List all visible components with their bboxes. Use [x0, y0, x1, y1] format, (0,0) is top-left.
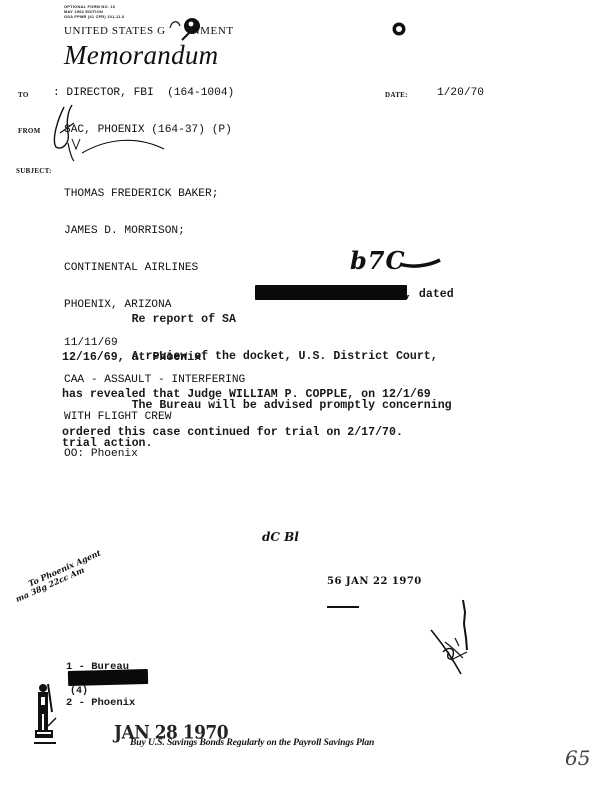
subject-label: SUBJECT:	[16, 167, 52, 175]
to-value: : DIRECTOR, FBI (164-1004)	[53, 87, 234, 99]
handwritten-initials-mid: dC Bl	[262, 530, 299, 544]
received-stamp: 56 JAN 22 1970	[327, 576, 422, 587]
exemption-underline-icon	[398, 252, 442, 272]
form-notice-line: GSA FPMR (41 CFR) 101-11.6	[64, 14, 124, 19]
hole-punch-icon	[390, 20, 408, 38]
redaction-bar	[255, 285, 407, 300]
handwritten-initials-icon	[46, 103, 176, 163]
handwritten-signature-icon	[415, 598, 475, 678]
distribution-line: 2 - Phoenix	[66, 697, 135, 709]
date-label: DATE:	[385, 91, 408, 99]
from-label: FROM	[18, 127, 41, 135]
copies-count: (4)	[70, 686, 88, 699]
body-paragraph-3: The Bureau will be advised promptly conc…	[62, 375, 452, 463]
memo-title: Memorandum	[64, 40, 218, 71]
hole-punch-mark-icon	[168, 14, 208, 42]
to-label: TO	[18, 91, 29, 99]
agency-part: UNITED STATES G	[64, 25, 166, 37]
minuteman-logo-icon	[30, 682, 64, 748]
footer-slogan: Buy U.S. Savings Bonds Regularly on the …	[130, 737, 374, 748]
body-line: The Bureau will be advised promptly conc…	[62, 400, 452, 413]
body-line: Re report of SA	[62, 314, 236, 327]
body-line: trial action.	[62, 438, 452, 451]
body-trailing: , dated	[405, 289, 454, 302]
stamp-underline	[327, 606, 359, 608]
agency-heading: UNITED STATES GNMENT	[64, 25, 234, 37]
subject-line: CONTINENTAL AIRLINES	[64, 262, 245, 274]
form-notice: OPTIONAL FORM NO. 10 MAY 1962 EDITION GS…	[64, 4, 124, 19]
body-line: A review of the docket, U.S. District Co…	[62, 351, 438, 364]
subject-line: THOMAS FREDERICK BAKER;	[64, 188, 245, 200]
redaction-bar-2	[68, 669, 148, 686]
handwritten-routing-note: To Phoenix Agent ma 38g 22cc Am	[11, 548, 106, 604]
page-mark: 65	[565, 746, 590, 770]
subject-line: JAMES D. MORRISON;	[64, 225, 245, 237]
date-value: 1/20/70	[437, 87, 484, 99]
